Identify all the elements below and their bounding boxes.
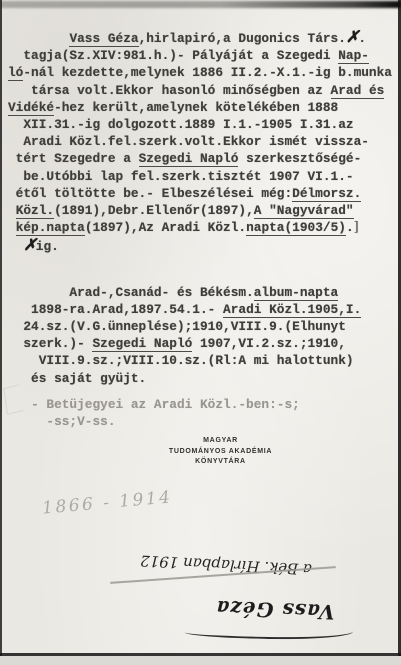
typed-line: Vass Géza,hirlapiró,a Dugonics Társ.✗. [8, 28, 400, 47]
text-segment: tagja(Sz.XIV:981.h.)- Pályáját a Szegedi [8, 48, 338, 63]
text-segment: Arad-,Csanád- és Békésm. [8, 285, 254, 300]
text-segment [8, 220, 16, 235]
scan-edge-left [0, 0, 2, 665]
handwritten-mark: ✗ [346, 27, 358, 46]
text-segment: 1898-ra.Arad,1897.54.1.- [8, 302, 223, 317]
typed-line: tagja(Sz.XIV:981.h.)- Pályáját a Szegedi… [8, 47, 400, 64]
underlined-text: album-napta [254, 285, 338, 301]
underlined-text: napta(1903/5) [246, 220, 346, 236]
typed-line: Közl.(1891),Debr.Ellenőr(1897),A "Nagyvá… [8, 202, 400, 219]
typed-line: - Betüjegyei az Aradi Közl.-ben:-s; [8, 396, 400, 413]
handwritten-mark: ] [354, 220, 359, 235]
text-segment: étől töltötte be.- Elbeszélései még: [8, 186, 292, 201]
typed-line: 24.sz.(V.G.ünneplése);1910,VIII.9.(Elhun… [8, 318, 400, 335]
typed-line: Arad-,Csanád- és Békésm.album-napta [8, 284, 400, 301]
typed-line: tért Szegedre a Szegedi Napló szerkesztő… [8, 150, 400, 167]
typed-line: -ss;V-ss. [8, 413, 400, 430]
text-segment: tért Szegedre a [8, 151, 139, 166]
typed-line: étől töltötte be.- Elbeszélései még:Délm… [8, 185, 400, 202]
flipped-ink-note: a Bék. Hírlapban 1912 [102, 550, 351, 581]
underlined-text: Aradi Közl.1905,I. [223, 302, 361, 318]
text-segment: 24.sz.(V.G.ünneplése);1910,VIII.9.(Elhun… [8, 319, 346, 334]
text-segment: társa volt.Ekkor hasonló minőségben az [8, 83, 331, 98]
text-segment: VIII.9.sz.;VIII.10.sz.(Rl:A mi halottunk… [8, 353, 354, 368]
underlined-text: Arad és [331, 83, 385, 99]
underlined-text: Közl. [16, 203, 54, 219]
underlined-text: kép.napta [16, 220, 85, 236]
typed-line: 1898-ra.Arad,1897.54.1.- Aradi Közl.1905… [8, 301, 400, 318]
text-segment: ,hirlapiró,a Dugonics Társ. [139, 31, 346, 46]
text-segment: Aradi Közl.fel.szerk.volt.Ekkor ismét vi… [8, 134, 369, 149]
text-segment: -ss;V-ss. [8, 414, 116, 429]
library-stamp: MAGYAR TUDOMÁNYOS AKADÉMIA KÖNYVTÁRA [138, 436, 303, 468]
text-segment: -hez került,amelynek kötelékében 1888 [54, 100, 338, 115]
handwritten-mark: ✗ [23, 235, 35, 254]
stamp-line: KÖNYVTÁRA [138, 457, 303, 468]
underlined-text: Vass Géza [69, 31, 138, 47]
underlined-text: Vidéké [8, 100, 54, 116]
underlined-text: Délmorsz. [292, 186, 361, 202]
text-segment: 1907,VI.2.sz.;1910, [192, 336, 346, 351]
text-segment: . [358, 31, 366, 46]
text-segment: és saját gyüjt. [8, 371, 146, 386]
typed-line: ló-nál kezdette,melynek 1886 II.2.-X.1.-… [8, 64, 400, 81]
underlined-text: Szegedi Napló [139, 151, 239, 167]
text-segment [8, 203, 16, 218]
flipped-signature-underline [185, 627, 353, 641]
typed-paragraph: Arad-,Csanád- és Békésm.album-napta 1898… [8, 284, 400, 387]
faint-pencil-bracket [3, 384, 23, 415]
typed-line: társa volt.Ekkor hasonló minőségben az A… [8, 82, 400, 99]
text-segment: ig. [36, 239, 59, 254]
underlined-text: ló [8, 65, 23, 81]
underlined-text: A "Nagyvárad" [254, 203, 354, 219]
typed-line: be.Utóbbi lap fel.szerk.tisztét 1907 VI.… [8, 168, 400, 185]
typed-line: Aradi Közl.fel.szerk.volt.Ekkor ismét vi… [8, 133, 400, 150]
stamp-line: MAGYAR [138, 436, 303, 447]
text-segment: (1891),Debr.Ellenőr(1897), [54, 203, 254, 218]
text-segment: -nál kezdette,melynek 1886 II.2.-X.1.-ig… [23, 65, 392, 80]
text-segment: . [346, 220, 354, 235]
typed-line: Vidéké-hez került,amelynek kötelékében 1… [8, 99, 400, 116]
text-segment [8, 31, 69, 46]
underlined-text: Nap- [338, 48, 369, 64]
text-segment [8, 239, 23, 254]
text-segment: be.Utóbbi lap fel.szerk.tisztét 1907 VI.… [8, 169, 354, 184]
pencil-dates-annotation: 1866 - 1914 [41, 487, 173, 518]
typed-line: szerk.)- Szegedi Napló 1907,VI.2.sz.;191… [8, 335, 400, 352]
text-segment: szerk.)- [8, 336, 92, 351]
typed-text-block: Vass Géza,hirlapiró,a Dugonics Társ.✗. t… [8, 28, 400, 430]
scan-edge-below [0, 656, 401, 665]
typed-line: ✗ig. [8, 236, 400, 255]
text-segment: (1897),Az Aradi Közl. [85, 220, 246, 235]
typed-paragraph: Vass Géza,hirlapiró,a Dugonics Társ.✗. t… [8, 28, 400, 256]
text-segment: szerkesztőségé- [238, 151, 361, 166]
scan-edge-top [0, 1, 401, 8]
text-segment: - Betüjegyei az Aradi Közl.-ben:-s; [8, 397, 300, 412]
stamp-line: TUDOMÁNYOS AKADÉMIA [138, 447, 303, 458]
typed-line: kép.napta(1897),Az Aradi Közl.napta(1903… [8, 219, 400, 236]
flipped-ink-signature: Vass Géza [196, 595, 355, 624]
text-segment: XII.31.-ig dolgozott.1889 I.1.-1905 I.31… [8, 117, 354, 132]
typed-line: VIII.9.sz.;VIII.10.sz.(Rl:A mi halottunk… [8, 352, 400, 369]
typed-paragraph: - Betüjegyei az Aradi Közl.-ben:-s; -ss;… [8, 396, 400, 430]
typed-line: XII.31.-ig dolgozott.1889 I.1.-1905 I.31… [8, 116, 400, 133]
typed-line: és saját gyüjt. [8, 370, 400, 387]
catalog-card-scan: Vass Géza,hirlapiró,a Dugonics Társ.✗. t… [0, 0, 401, 665]
underlined-text: Szegedi Napló [92, 336, 192, 352]
